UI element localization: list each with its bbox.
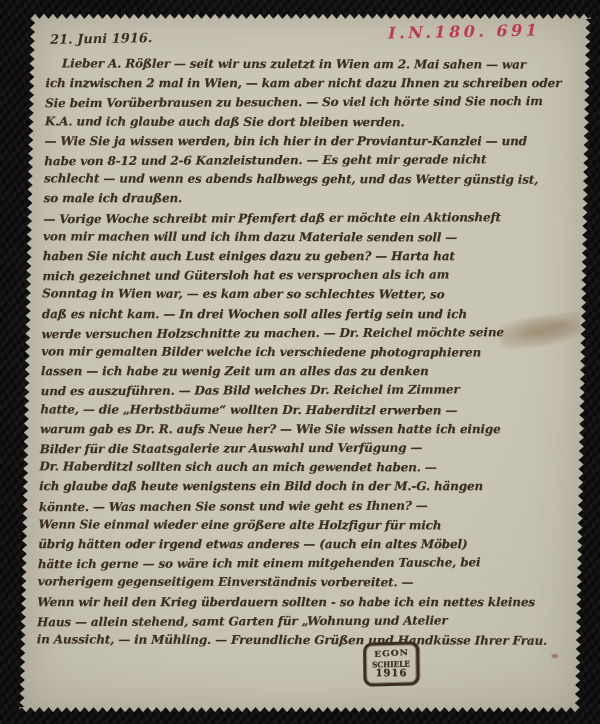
handwriting-line: Wenn wir heil den Krieg überdauern sollt… [37,593,573,612]
handwriting-line: vorherigem gegenseitigem Einverständnis … [37,573,573,594]
letter-body: Lieber A. Rößler — seit wir uns zuletzt … [36,55,582,704]
handwriting-line: haben Sie nicht auch Lust einiges dazu z… [43,247,579,266]
egon-schiele-monogram-stamp: EGON SCHIELE 1916 [363,641,419,686]
handwriting-line: werde versuchen Holzschnitte zu machen. … [41,323,577,345]
stamp-year: 1916 [375,668,407,678]
handwriting-line: hatte, — die „Herbstbäume“ wollten Dr. H… [40,400,576,421]
archive-inventory-number: I.N.180. 691 [388,20,540,42]
handwriting-line: Lieber A. Rößler — seit wir uns zuletzt … [46,55,582,75]
handwriting-line: lassen — ich habe zu wenig Zeit um an al… [41,362,577,381]
handwriting-line: von mir machen will und ich ihm dazu Mat… [43,227,579,248]
handwriting-line: Sonntag in Wien war, — es kam aber so sc… [42,285,578,306]
handwriting-line: Haus — allein stehend, samt Garten für „… [37,611,573,633]
handwriting-line: ich glaube daß heute wenigstens ein Bild… [39,477,575,496]
letter-date: 21. Juni 1916. [50,31,152,48]
handwriting-line: Wenn Sie einmal wieder eine größere alte… [38,515,574,536]
handwriting-line: — Vorige Woche schreibt mir Pfemfert daß… [43,207,579,229]
photo-backdrop: I.N.180. 691 21. Juni 1916. Lieber A. Rö… [0,0,600,724]
handwriting-line: schlecht — und wenn es abends halbwegs g… [44,170,580,191]
handwriting-line: von mir gemalten Bilder welche ich versc… [41,342,577,363]
handwriting-line: K.A. und ich glaube auch daß Sie dort bl… [45,112,581,133]
handwriting-line: so male ich draußen. [43,189,579,208]
handwriting-line: mich gezeichnet und Gütersloh hat es ver… [42,265,578,287]
handwriting-line: — Wie Sie ja wissen werden, bin ich hier… [44,132,580,151]
handwriting-line: in Aussicht, — in Mühling. — Freundliche… [36,630,572,651]
handwriting-line: habe von 8-12 und 2-6 Kanzleistunden. — … [44,150,580,172]
handwriting-line: ich inzwischen 2 mal in Wien, — kam aber… [45,74,581,93]
handwriting-line: Bilder für die Staatsgalerie zur Auswahl… [40,438,576,460]
handwriting-line: Sie beim Vorüberbrausen zu besuchen. — S… [45,92,581,114]
handwriting-line: warum gab es Dr. R. aufs Neue her? — Wie… [40,420,576,439]
handwriting-line: Dr. Haberditzl sollten sich auch an mich… [39,458,575,479]
handwriting-line: und es auszuführen. — Das Bild welches D… [40,380,576,402]
letter-card: I.N.180. 691 21. Juni 1916. Lieber A. Rö… [20,14,591,712]
handwriting-line: hätte ich gerne — so wäre ich mit einem … [38,553,574,575]
ink-fleck [551,654,558,658]
handwriting-line: übrig hätten oder irgend etwas anderes —… [38,535,574,554]
handwriting-line: könnte. — Was machen Sie sonst und wie g… [39,496,575,518]
stamp-last-name: SCHIELE [372,659,410,668]
